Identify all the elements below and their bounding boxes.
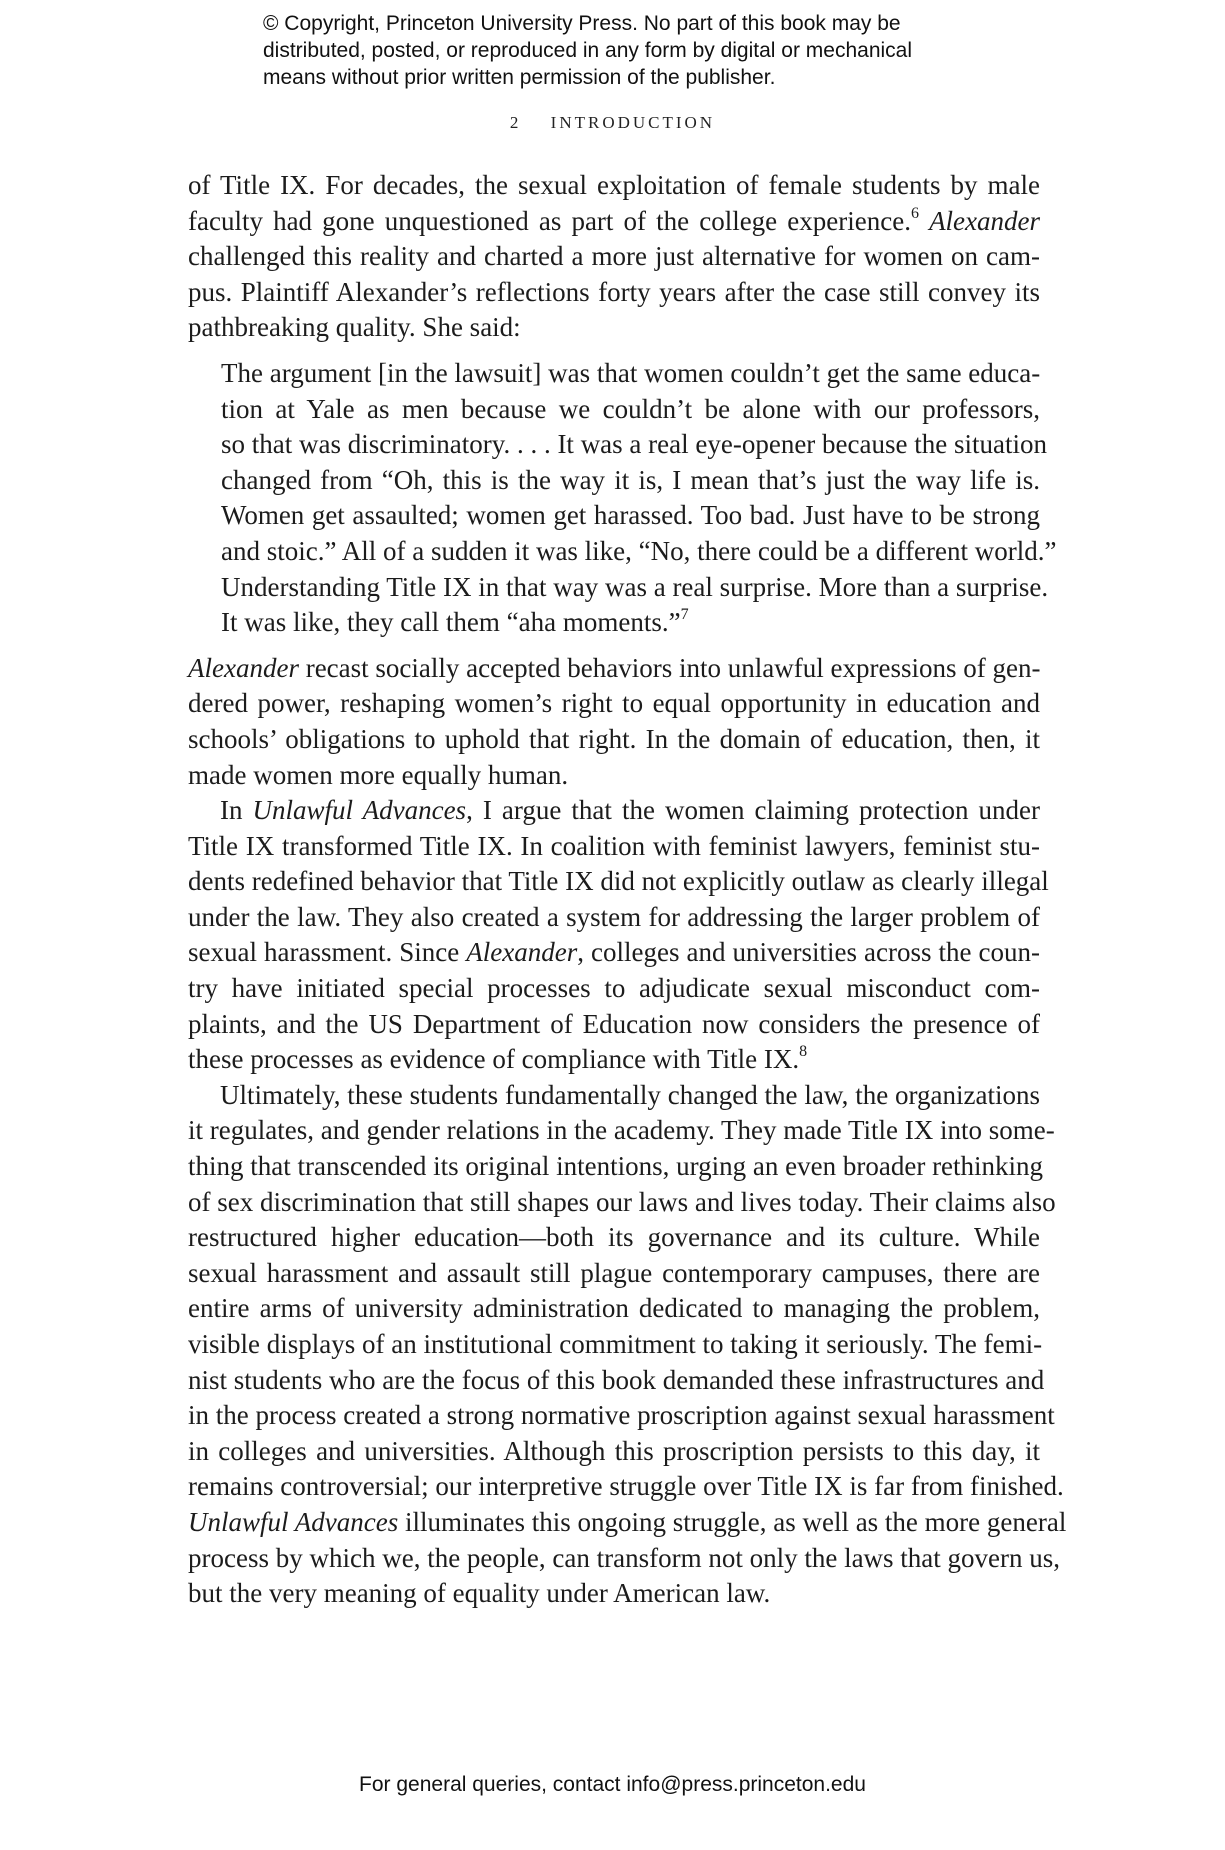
text-run: these processes as evidence of complianc… [188, 1044, 799, 1074]
paragraph: Alexander recast socially accepted behav… [188, 651, 1040, 793]
text-line: nist students who are the focus of this … [188, 1363, 1040, 1399]
text-run [919, 206, 929, 236]
section-title: INTRODUCTION [551, 113, 715, 132]
text-run: and stoic.” All of a sudden it was like,… [221, 536, 1057, 566]
page-body: of Title IX. For decades, the sexual exp… [188, 168, 1040, 1612]
text-line: Alexander recast socially accepted behav… [188, 651, 1040, 687]
text-run: under the law. They also created a syste… [188, 902, 1040, 932]
text-line: of Title IX. For decades, the sexual exp… [188, 168, 1040, 204]
text-run: in the process created a strong normativ… [188, 1400, 1055, 1430]
text-line: try have initiated special processes to … [188, 971, 1040, 1007]
text-line: in the process created a strong normativ… [188, 1398, 1040, 1434]
text-line: faculty had gone unquestioned as part of… [188, 204, 1040, 240]
text-line: Title IX transformed Title IX. In coalit… [188, 829, 1040, 865]
running-head: 2 INTRODUCTION [0, 113, 1225, 133]
text-line: pathbreaking quality. She said: [188, 310, 1040, 346]
text-run: of sex discrimination that still shapes … [188, 1187, 1056, 1217]
text-line: dered power, reshaping women’s right to … [188, 686, 1040, 722]
italic-title: Alexander [466, 937, 577, 967]
text-line: in colleges and universities. Although t… [188, 1434, 1040, 1470]
text-line: visible displays of an institutional com… [188, 1327, 1040, 1363]
italic-title: Unlawful Advances [253, 795, 467, 825]
text-line: restructured higher education—both its g… [188, 1220, 1040, 1256]
text-line: plaints, and the US Department of Educat… [188, 1007, 1040, 1043]
copyright-line: distributed, posted, or reproduced in an… [263, 37, 1023, 64]
paragraph: Ultimately, these students fundamentally… [188, 1078, 1040, 1612]
footnote-ref: 6 [911, 205, 919, 222]
text-run: in colleges and universities. Although t… [188, 1436, 1040, 1466]
text-run: pus. Plaintiff Alexander’s reflections f… [188, 277, 1040, 307]
text-run: recast socially accepted behaviors into … [299, 653, 1041, 683]
text-run: changed from “Oh, this is the way it is,… [221, 465, 1040, 495]
page-number: 2 [510, 113, 522, 132]
text-run: Title IX transformed Title IX. In coalit… [188, 831, 1040, 861]
text-line: Ultimately, these students fundamentally… [188, 1078, 1040, 1114]
text-line: Understanding Title IX in that way was a… [221, 570, 1040, 606]
text-line: In Unlawful Advances, I argue that the w… [188, 793, 1040, 829]
text-line: schools’ obligations to uphold that righ… [188, 722, 1040, 758]
text-line: changed from “Oh, this is the way it is,… [221, 463, 1040, 499]
footnote-ref: 7 [681, 606, 689, 623]
text-run: Understanding Title IX in that way was a… [221, 572, 1048, 602]
footer-contact: For general queries, contact info@press.… [0, 1773, 1225, 1797]
text-run: restructured higher education—both its g… [188, 1222, 1040, 1252]
text-run: challenged this reality and charted a mo… [188, 241, 1040, 271]
text-run: In [220, 795, 253, 825]
text-line: sexual harassment and assault still plag… [188, 1256, 1040, 1292]
text-line: challenged this reality and charted a mo… [188, 239, 1040, 275]
text-run: , colleges and universities across the c… [577, 937, 1040, 967]
text-line: pus. Plaintiff Alexander’s reflections f… [188, 275, 1040, 311]
text-run: try have initiated special processes to … [188, 973, 1040, 1003]
copyright-line: means without prior written permission o… [263, 64, 1023, 91]
footnote-ref: 8 [799, 1043, 807, 1060]
text-run: remains controversial; our interpretive … [188, 1471, 1064, 1501]
text-run: made women more equally human. [188, 760, 568, 790]
text-line: made women more equally human. [188, 758, 1040, 794]
copyright-notice: © Copyright, Princeton University Press.… [263, 10, 1023, 91]
text-run: of Title IX. For decades, the sexual exp… [188, 170, 1040, 200]
text-line: sexual harassment. Since Alexander, coll… [188, 935, 1040, 971]
text-run: dents redefined behavior that Title IX d… [188, 866, 1049, 896]
text-run: thing that transcended its original inte… [188, 1151, 1043, 1181]
copyright-line: © Copyright, Princeton University Press.… [263, 10, 1023, 37]
text-line: dents redefined behavior that Title IX d… [188, 864, 1040, 900]
text-run: faculty had gone unquestioned as part of… [188, 206, 911, 236]
text-run: , I argue that the women claiming protec… [466, 795, 1040, 825]
paragraph: of Title IX. For decades, the sexual exp… [188, 168, 1040, 346]
block-quote: The argument [in the lawsuit] was that w… [188, 356, 1040, 641]
text-line: process by which we, the people, can tra… [188, 1541, 1040, 1577]
text-line: under the law. They also created a syste… [188, 900, 1040, 936]
text-run: plaints, and the US Department of Educat… [188, 1009, 1040, 1039]
text-run: visible displays of an institutional com… [188, 1329, 1042, 1359]
text-run: entire arms of university administration… [188, 1293, 1040, 1323]
text-run: It was like, they call them “aha moments… [221, 607, 681, 637]
text-run: Ultimately, these students fundamentally… [220, 1080, 1040, 1110]
text-run: schools’ obligations to uphold that righ… [188, 724, 1040, 754]
text-run: so that was discriminatory. . . . It was… [221, 429, 1047, 459]
text-line: so that was discriminatory. . . . It was… [221, 427, 1040, 463]
text-line: of sex discrimination that still shapes … [188, 1185, 1040, 1221]
paragraph: In Unlawful Advances, I argue that the w… [188, 793, 1040, 1078]
text-run: illuminates this ongoing struggle, as we… [398, 1507, 1066, 1537]
text-run: pathbreaking quality. She said: [188, 312, 521, 342]
text-run: but the very meaning of equality under A… [188, 1578, 770, 1608]
text-line: but the very meaning of equality under A… [188, 1576, 1040, 1612]
text-line: these processes as evidence of complianc… [188, 1042, 1040, 1078]
text-line: thing that transcended its original inte… [188, 1149, 1040, 1185]
text-line: It was like, they call them “aha moments… [221, 605, 1040, 641]
text-run: sexual harassment and assault still plag… [188, 1258, 1040, 1288]
text-line: it regulates, and gender relations in th… [188, 1113, 1040, 1149]
text-line: Women get assaulted; women get harassed.… [221, 498, 1040, 534]
italic-title: Unlawful Advances [188, 1507, 398, 1537]
text-run: nist students who are the focus of this … [188, 1365, 1044, 1395]
italic-title: Alexander [929, 206, 1040, 236]
text-run: process by which we, the people, can tra… [188, 1543, 1060, 1573]
text-line: entire arms of university administration… [188, 1291, 1040, 1327]
text-line: and stoic.” All of a sudden it was like,… [221, 534, 1040, 570]
italic-title: Alexander [188, 653, 299, 683]
text-run: dered power, reshaping women’s right to … [188, 688, 1040, 718]
text-line: Unlawful Advances illuminates this ongoi… [188, 1505, 1040, 1541]
text-line: tion at Yale as men because we couldn’t … [221, 392, 1040, 428]
text-run: Women get assaulted; women get harassed.… [221, 500, 1040, 530]
text-run: it regulates, and gender relations in th… [188, 1115, 1055, 1145]
text-run: tion at Yale as men because we couldn’t … [221, 394, 1040, 424]
text-line: remains controversial; our interpretive … [188, 1469, 1040, 1505]
text-run: The argument [in the lawsuit] was that w… [221, 358, 1040, 388]
text-run: sexual harassment. Since [188, 937, 466, 967]
text-line: The argument [in the lawsuit] was that w… [221, 356, 1040, 392]
